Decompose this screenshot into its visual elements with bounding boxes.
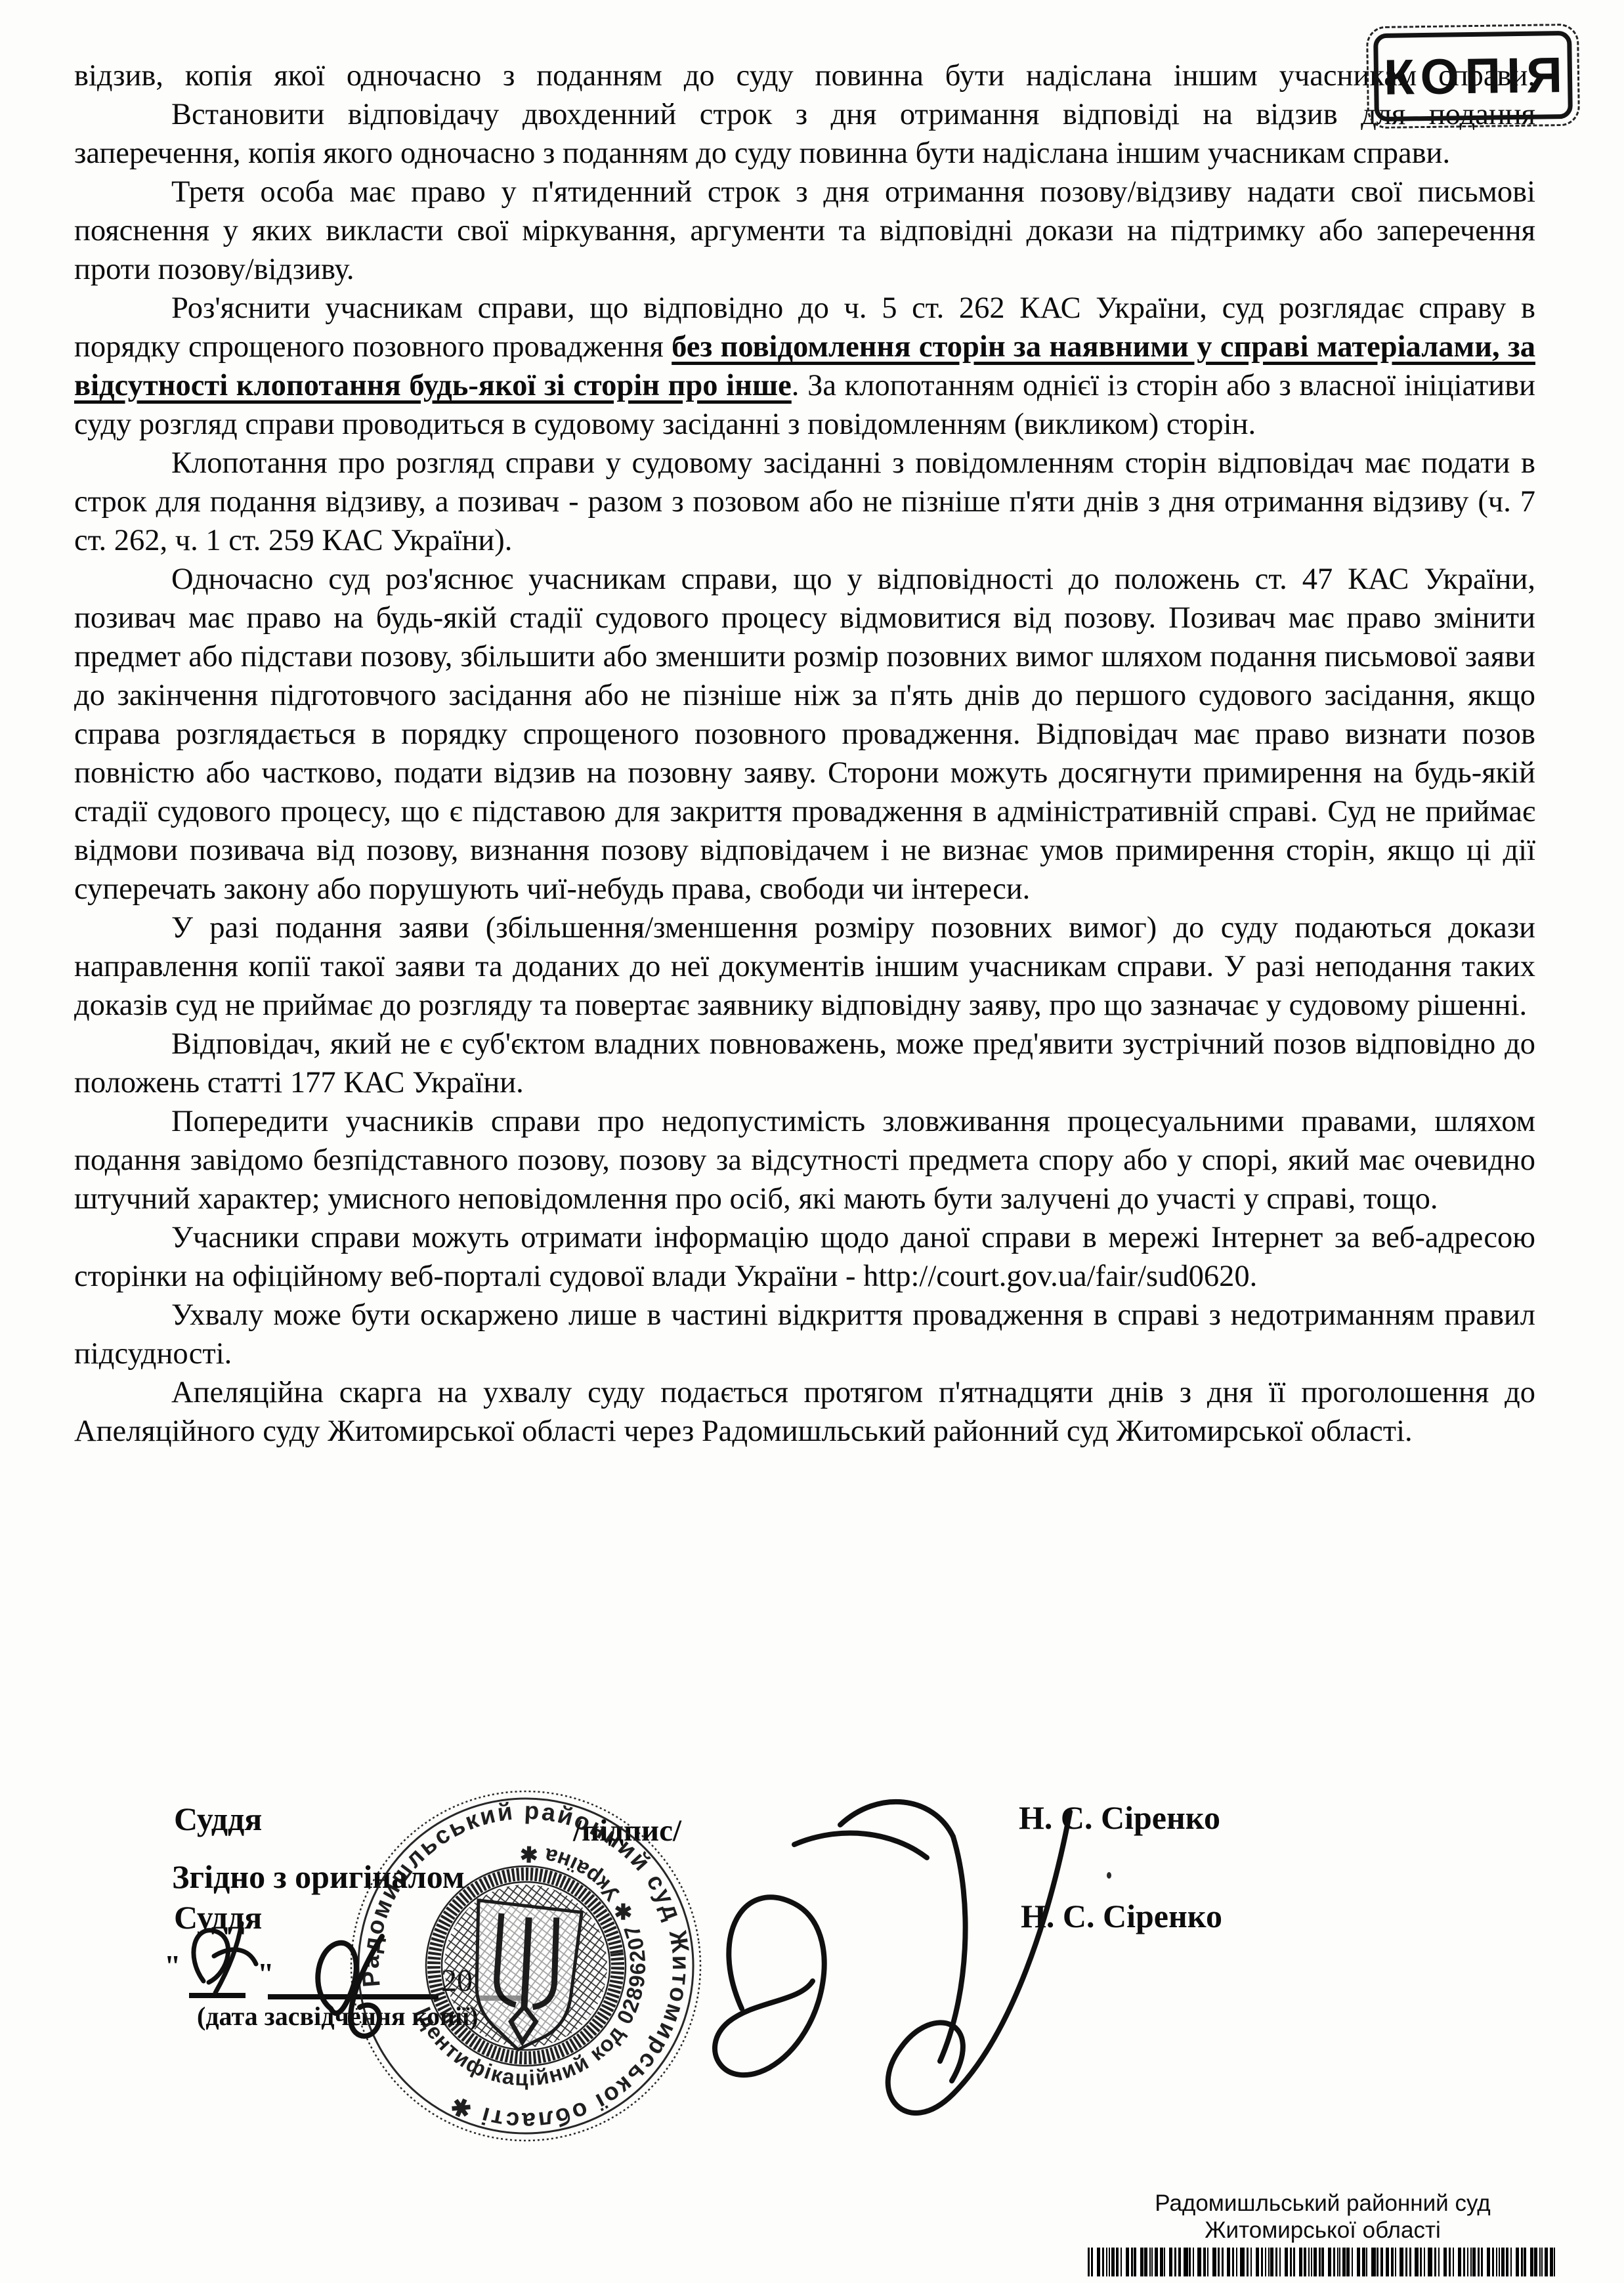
copy-stamp: КОПІЯ	[1366, 24, 1580, 129]
paragraph: Попередити учасників справи про недопуст…	[74, 1102, 1535, 1218]
copy-stamp-border: КОПІЯ	[1373, 31, 1573, 121]
footer-court-line1: Радомишльський районний суд	[1080, 2190, 1566, 2217]
paragraph-continuation: відзив, копія якої одночасно з поданням …	[74, 56, 1535, 95]
paragraph: Апеляційна скарга на ухвалу суду подаєть…	[74, 1373, 1535, 1451]
paragraph: Учасники справи можуть отримати інформац…	[74, 1218, 1535, 1296]
scan-artifact-dot	[1107, 1872, 1111, 1879]
paragraph: Клопотання про розгляд справи у судовому…	[74, 444, 1535, 560]
paragraph: Відповідач, який не є суб'єктом владних …	[74, 1025, 1535, 1102]
court-document-page: КОПІЯ відзив, копія якої одночасно з под…	[0, 0, 1624, 2283]
copy-stamp-label: КОПІЯ	[1377, 46, 1568, 106]
paragraph: Третя особа має право у п'ятиденний стро…	[74, 173, 1535, 289]
paragraph: Ухвалу може бути оскаржено лише в частин…	[74, 1296, 1535, 1373]
paragraph: Одночасно суд роз'яснює учасникам справи…	[74, 560, 1535, 908]
footer-court-line2: Житомирської області	[1080, 2217, 1566, 2244]
paragraph: Встановити відповідачу двохденний строк …	[74, 95, 1535, 173]
barcode	[1088, 2248, 1558, 2276]
handwritten-day	[176, 1915, 281, 2001]
document-body: відзив, копія якої одночасно з поданням …	[74, 56, 1535, 1451]
judge-label-1: Суддя	[174, 1800, 262, 1838]
paragraph: У разі подання заяви (збільшення/зменшен…	[74, 908, 1535, 1025]
handwritten-signature	[643, 1784, 1103, 2165]
handwritten-month	[303, 1930, 395, 2048]
paragraph: Роз'яснити учасникам справи, що відповід…	[74, 289, 1535, 444]
footer: Радомишльський районний суд Житомирської…	[1080, 2190, 1566, 2276]
